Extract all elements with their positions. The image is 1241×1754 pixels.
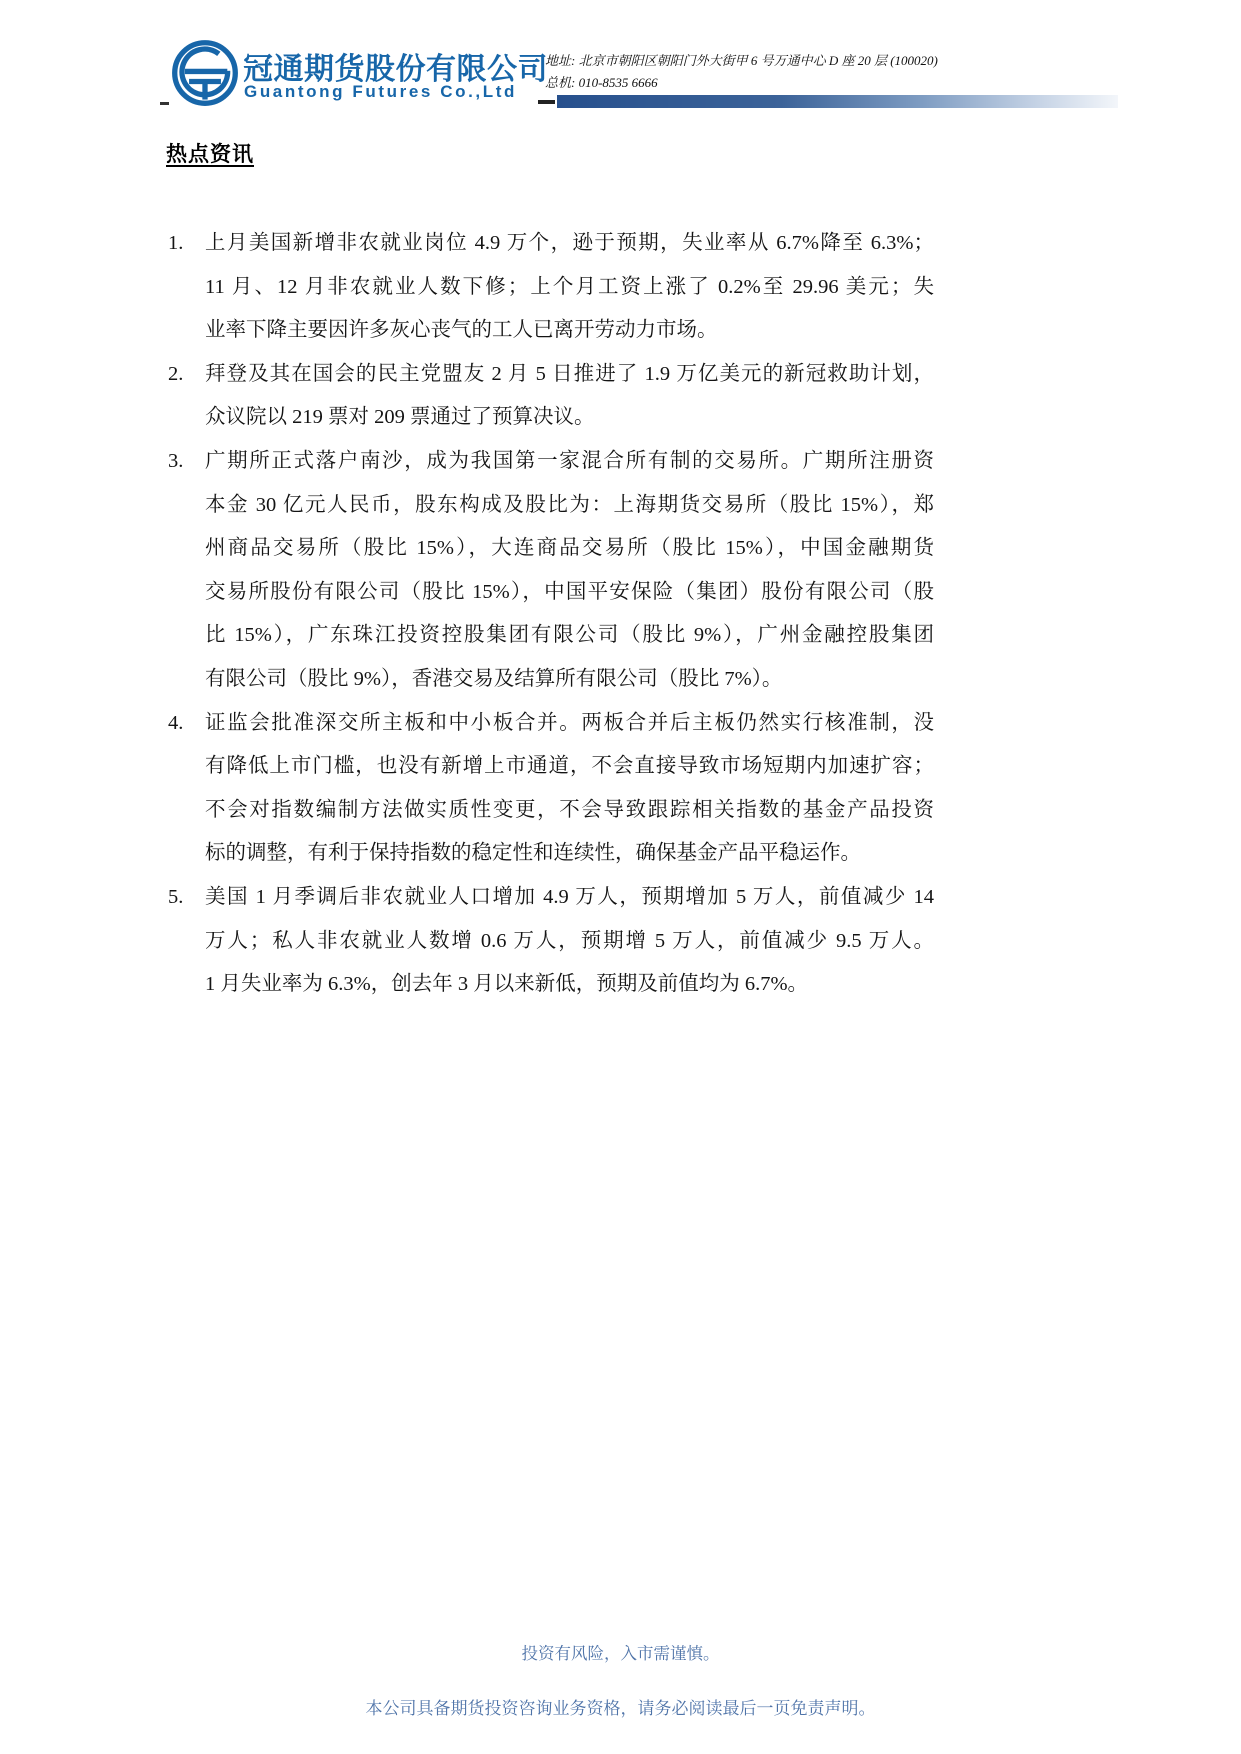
news-item-line: 交易所股份有限公司（股比 15%），中国平安保险（集团）股份有限公司（股	[205, 571, 934, 615]
news-item-line: 证监会批准深交所主板和中小板合并。两板合并后主板仍然实行核准制，没	[205, 702, 934, 746]
letterhead-dash-mid	[538, 100, 555, 104]
news-item-line: 美国 1 月季调后非农就业人口增加 4.9 万人，预期增加 5 万人，前值减少 …	[205, 876, 934, 920]
news-item-line: 拜登及其在国会的民主党盟友 2 月 5 日推进了 1.9 万亿美元的新冠救助计划…	[205, 353, 934, 397]
news-item-line: 业率下降主要因许多灰心丧气的工人已离开劳动力市场。	[205, 309, 934, 353]
news-item-number: 5.	[168, 876, 183, 920]
news-item-number: 4.	[168, 702, 183, 746]
news-item-line: 有降低上市门槛，也没有新增上市通道，不会直接导致市场短期内加速扩容；	[205, 745, 934, 789]
news-item-line: 上月美国新增非农就业岗位 4.9 万个，逊于预期，失业率从 6.7%降至 6.3…	[205, 222, 934, 266]
news-item-line: 标的调整，有利于保持指数的稳定性和连续性，确保基金产品平稳运作。	[205, 832, 934, 876]
news-item-line: 广期所正式落户南沙，成为我国第一家混合所有制的交易所。广期所注册资	[205, 440, 934, 484]
news-item-line: 1 月失业率为 6.3%，创去年 3 月以来新低，预期及前值均为 6.7%。	[205, 963, 934, 1007]
news-item-line: 众议院以 219 票对 209 票通过了预算决议。	[205, 396, 934, 440]
news-item: 4.证监会批准深交所主板和中小板合并。两板合并后主板仍然实行核准制，没有降低上市…	[168, 702, 934, 876]
news-item-line: 比 15%），广东珠江投资控股集团有限公司（股比 9%），广州金融控股集团	[205, 614, 934, 658]
news-item-line: 州商品交易所（股比 15%），大连商品交易所（股比 15%），中国金融期货	[205, 527, 934, 571]
news-item-number: 3.	[168, 440, 183, 484]
news-item: 2.拜登及其在国会的民主党盟友 2 月 5 日推进了 1.9 万亿美元的新冠救助…	[168, 353, 934, 440]
news-item-number: 2.	[168, 353, 183, 397]
news-item: 3.广期所正式落户南沙，成为我国第一家混合所有制的交易所。广期所注册资本金 30…	[168, 440, 934, 702]
company-name-en: Guantong Futures Co.,Ltd	[244, 82, 517, 102]
footer-disclaimer: 本公司具备期货投资咨询业务资格，请务必阅读最后一页免责声明。	[0, 1694, 1241, 1719]
footer-risk-warning: 投资有风险，入市需谨慎。	[0, 1640, 1241, 1664]
letterhead-dash-left	[160, 102, 169, 105]
company-phone: 总机: 010-8535 6666	[545, 72, 938, 94]
document-page: 冠通期货股份有限公司 Guantong Futures Co.,Ltd 地址: …	[0, 0, 1241, 1754]
company-logo-icon	[171, 39, 239, 107]
news-item-line: 本金 30 亿元人民币，股东构成及股比为：上海期货交易所（股比 15%），郑	[205, 484, 934, 528]
news-item-number: 1.	[168, 222, 183, 266]
news-list: 1.上月美国新增非农就业岗位 4.9 万个，逊于预期，失业率从 6.7%降至 6…	[168, 222, 934, 1007]
letterhead-gradient-bar	[557, 95, 1118, 108]
letterhead-contact: 地址: 北京市朝阳区朝阳门外大街甲 6 号万通中心 D 座 20 层 (1000…	[545, 50, 938, 94]
news-item-line: 不会对指数编制方法做实质性变更，不会导致跟踪相关指数的基金产品投资	[205, 789, 934, 833]
news-item-line: 万人；私人非农就业人数增 0.6 万人，预期增 5 万人，前值减少 9.5 万人…	[205, 920, 934, 964]
news-item: 5.美国 1 月季调后非农就业人口增加 4.9 万人，预期增加 5 万人，前值减…	[168, 876, 934, 1007]
news-item-line: 有限公司（股比 9%），香港交易及结算所有限公司（股比 7%）。	[205, 658, 934, 702]
page-title: 热点资讯	[166, 138, 254, 168]
news-item-line: 11 月、12 月非农就业人数下修；上个月工资上涨了 0.2%至 29.96 美…	[205, 266, 934, 310]
company-address: 地址: 北京市朝阳区朝阳门外大街甲 6 号万通中心 D 座 20 层 (1000…	[545, 50, 938, 72]
news-item: 1.上月美国新增非农就业岗位 4.9 万个，逊于预期，失业率从 6.7%降至 6…	[168, 222, 934, 353]
